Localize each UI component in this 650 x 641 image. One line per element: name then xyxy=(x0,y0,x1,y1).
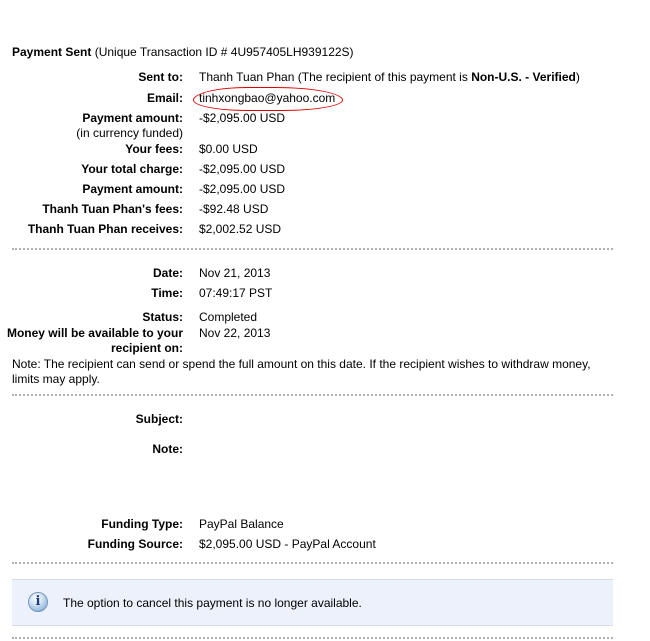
available-value: Nov 22, 2013 xyxy=(199,326,270,340)
sent-to-label: Sent to: xyxy=(138,70,183,84)
amount-label: Thanh Tuan Phan receives: xyxy=(28,222,183,236)
info-message-box: i The option to cancel this payment is n… xyxy=(12,579,613,626)
status-label: Status: xyxy=(142,310,183,324)
funding-source-row: Funding Source: $2,095.00 USD - PayPal A… xyxy=(0,537,640,553)
amount-row: Payment amount: -$2,095.00 USD xyxy=(0,111,640,127)
amount-value: -$2,095.00 USD xyxy=(199,111,285,125)
amount-subnote: (in currency funded) xyxy=(76,126,183,140)
date-label: Date: xyxy=(153,266,183,280)
funding-type-row: Funding Type: PayPal Balance xyxy=(0,517,640,533)
transaction-id: (Unique Transaction ID # 4U957405LH93912… xyxy=(95,45,354,59)
divider xyxy=(12,394,613,396)
funding-type-value: PayPal Balance xyxy=(199,517,284,531)
note-label: Note: xyxy=(152,442,183,456)
time-value: 07:49:17 PST xyxy=(199,286,272,300)
amount-row: Your total charge: -$2,095.00 USD xyxy=(0,162,640,178)
amount-value: -$2,095.00 USD xyxy=(199,182,285,196)
funding-type-label: Funding Type: xyxy=(101,517,183,531)
amount-label: Your fees: xyxy=(125,142,183,156)
note-row: Note: xyxy=(0,442,640,458)
info-text: The option to cancel this payment is no … xyxy=(63,596,362,610)
amount-row: Thanh Tuan Phan receives: $2,002.52 USD xyxy=(0,222,640,238)
divider xyxy=(12,248,613,250)
recipient-note-end: ) xyxy=(576,70,580,84)
page-title: Payment Sent (Unique Transaction ID # 4U… xyxy=(12,45,354,59)
date-value: Nov 21, 2013 xyxy=(199,266,270,280)
amount-row: Thanh Tuan Phan's fees: -$92.48 USD xyxy=(0,202,640,218)
funding-source-label: Funding Source: xyxy=(88,537,183,551)
amount-row: Your fees: $0.00 USD xyxy=(0,142,640,158)
available-row: Money will be available to your Nov 22, … xyxy=(0,326,640,342)
status-row: Status: Completed xyxy=(0,310,640,326)
recipient-name: Thanh Tuan Phan xyxy=(199,70,294,84)
available-label: Money will be available to your xyxy=(7,326,183,340)
amount-label: Payment amount: xyxy=(82,111,183,125)
divider xyxy=(12,637,613,639)
time-label: Time: xyxy=(151,286,183,300)
amount-label: Your total charge: xyxy=(81,162,183,176)
subject-row: Subject: xyxy=(0,412,640,428)
amount-row: Payment amount: -$2,095.00 USD xyxy=(0,182,640,198)
available-label-2: recipient on: xyxy=(111,341,183,355)
sent-to-row: Sent to: Thanh Tuan Phan (The recipient … xyxy=(0,70,640,86)
recipient-note: (The recipient of this payment is xyxy=(298,70,471,84)
divider xyxy=(12,562,613,564)
recipient-status: Non-U.S. - Verified xyxy=(471,70,576,84)
info-icon: i xyxy=(28,592,48,612)
amount-value: -$2,095.00 USD xyxy=(199,162,285,176)
amount-label: Payment amount: xyxy=(82,182,183,196)
available-row-2: recipient on: xyxy=(0,341,640,357)
amount-label: Thanh Tuan Phan's fees: xyxy=(42,202,183,216)
time-row: Time: 07:49:17 PST xyxy=(0,286,640,302)
amount-value: $2,002.52 USD xyxy=(199,222,281,236)
date-row: Date: Nov 21, 2013 xyxy=(0,266,640,282)
email-label: Email: xyxy=(147,91,183,105)
availability-note: Note: The recipient can send or spend th… xyxy=(12,357,617,387)
title-bold: Payment Sent xyxy=(12,45,91,59)
funding-source-value: $2,095.00 USD - PayPal Account xyxy=(199,537,376,551)
amount-value: $0.00 USD xyxy=(199,142,258,156)
amount-subnote-row: (in currency funded) xyxy=(0,126,640,142)
subject-label: Subject: xyxy=(136,412,183,426)
amount-value: -$92.48 USD xyxy=(199,202,268,216)
status-value: Completed xyxy=(199,310,257,324)
sent-to-value: Thanh Tuan Phan (The recipient of this p… xyxy=(199,70,580,84)
email-annotation-circle xyxy=(193,87,343,111)
